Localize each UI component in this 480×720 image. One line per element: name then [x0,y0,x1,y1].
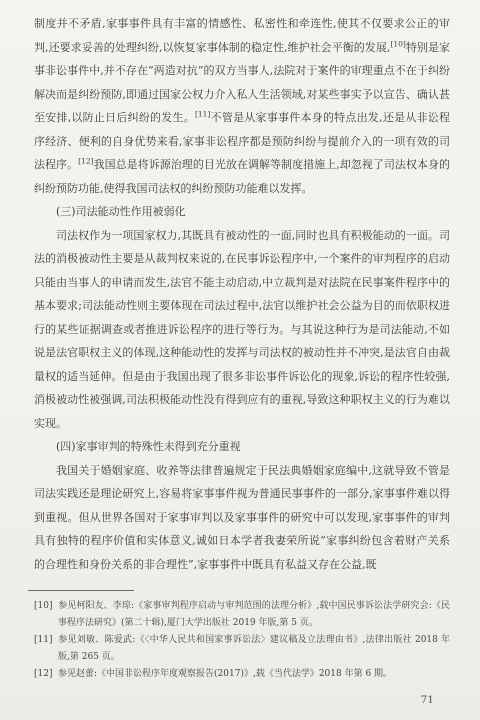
footnote-ref: [10] [390,39,405,48]
footnote-item: [12]参见赵蕾:《中国非讼程序年度观察报告(2017)》,载《当代法学》201… [34,666,450,683]
footnote-marker: [12] [34,666,58,683]
footnote-item: [10]参见柯阳友、李琼:《家事审判程序启动与审判范围的法理分析》,载中国民事诉… [34,598,450,632]
footnote-text: 参见赵蕾:《中国非讼程序年度观察报告(2017)》,载《当代法学》2018 年第… [58,669,392,679]
footnote-text: 参见刘敏、陈爱武:《〈中华人民共和国家事诉讼法〉建议稿及立法理由书》,法律出版社… [58,635,450,662]
footnote-text: 参见柯阳友、李琼:《家事审判程序启动与审判范围的法理分析》,载中国民事诉讼法学研… [58,601,450,628]
section-heading-three: (三)司法能动性作用被弱化 [34,200,450,224]
paragraph-continuation: 制度并不矛盾,家事事件具有丰富的情感性、私密性和牵连性,使其不仅要求公正的审判,… [34,12,450,200]
body-text: 制度并不矛盾,家事事件具有丰富的情感性、私密性和牵连性,使其不仅要求公正的审判,… [34,12,450,576]
paragraph: 司法权作为一项国家权力,其既具有被动性的一面,同时也具有积极能动的一面。司法的消… [34,224,450,436]
footnotes: [10]参见柯阳友、李琼:《家事审判程序启动与审判范围的法理分析》,载中国民事诉… [34,598,450,683]
footnote-marker: [11] [34,632,58,649]
footnote-ref: [12] [78,156,93,165]
footnote-ref: [11] [195,109,210,118]
paragraph: 我国关于婚姻家庭、收养等法律普遍规定于民法典婚姻家庭编中,这就导致不管是司法实践… [34,459,450,577]
section-heading-four: (四)家事审判的特殊性未得到充分重视 [34,435,450,459]
footnote-item: [11]参见刘敏、陈爱武:《〈中华人民共和国家事诉讼法〉建议稿及立法理由书》,法… [34,632,450,666]
page-number: 71 [421,694,434,706]
footnote-marker: [10] [34,598,58,615]
document-page: 制度并不矛盾,家事事件具有丰富的情感性、私密性和牵连性,使其不仅要求公正的审判,… [0,0,480,720]
footnote-separator [28,590,134,591]
